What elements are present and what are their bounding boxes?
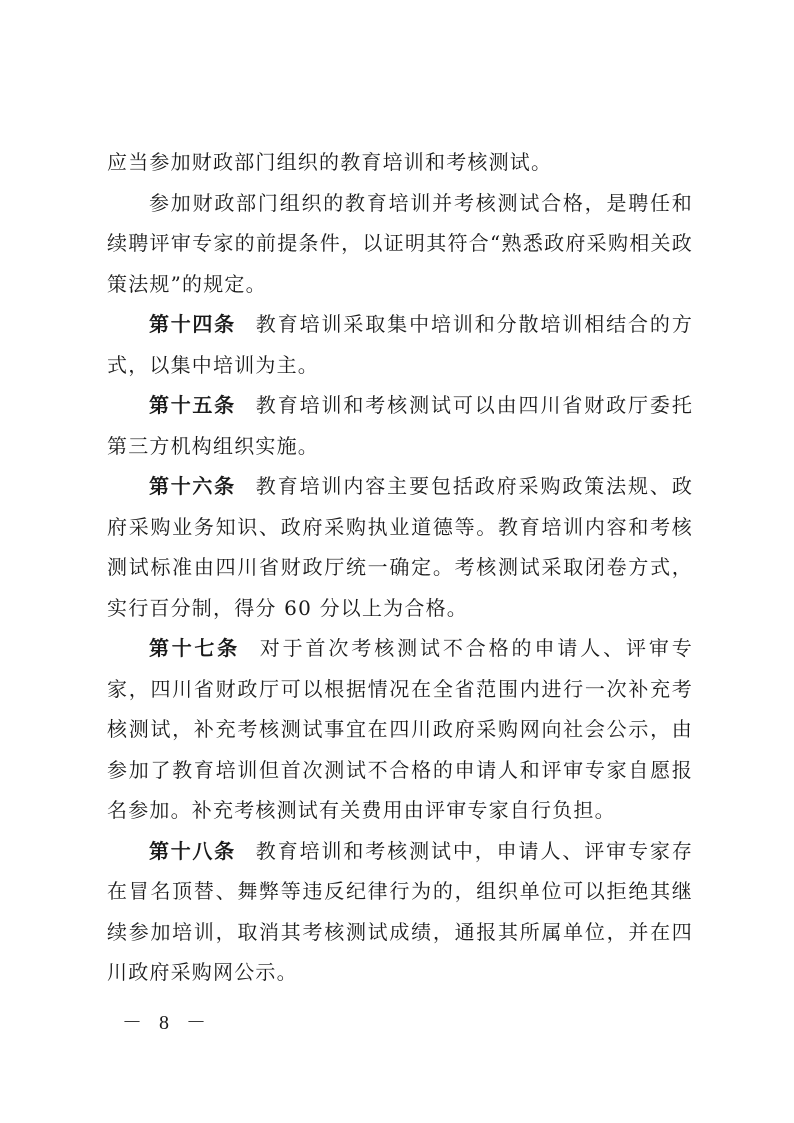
page-number: － 8 － <box>122 1006 212 1035</box>
document-body: 应当参加财政部门组织的教育培训和考核测试。 参加财政部门组织的教育培训并考核测试… <box>107 142 693 993</box>
article-number: 第十六条 <box>149 474 236 498</box>
article-number: 第十五条 <box>149 393 236 417</box>
article-number: 第十四条 <box>149 312 236 336</box>
article-text: 对于首次考核测试不合格的申请人、评审专家，四川省财政厅可以根据情况在全省范围内进… <box>107 636 693 822</box>
paragraph-continuation: 应当参加财政部门组织的教育培训和考核测试。 <box>107 142 693 183</box>
article-16: 第十六条教育培训内容主要包括政府采购政策法规、政府采购业务知识、政府采购执业道德… <box>107 466 693 628</box>
article-number: 第十七条 <box>149 636 240 660</box>
article-17: 第十七条对于首次考核测试不合格的申请人、评审专家，四川省财政厅可以根据情况在全省… <box>107 628 693 831</box>
article-15: 第十五条教育培训和考核测试可以由四川省财政厅委托第三方机构组织实施。 <box>107 385 693 466</box>
paragraph-prerequisite: 参加财政部门组织的教育培训并考核测试合格，是聘任和续聘评审专家的前提条件，以证明… <box>107 183 693 305</box>
article-number: 第十八条 <box>149 839 236 863</box>
article-18: 第十八条教育培训和考核测试中，申请人、评审专家存在冒名顶替、舞弊等违反纪律行为的… <box>107 831 693 993</box>
paragraph-text: 应当参加财政部门组织的教育培训和考核测试。 <box>107 150 552 174</box>
article-14: 第十四条教育培训采取集中培训和分散培训相结合的方式，以集中培训为主。 <box>107 304 693 385</box>
paragraph-text: 参加财政部门组织的教育培训并考核测试合格，是聘任和续聘评审专家的前提条件，以证明… <box>107 191 693 296</box>
